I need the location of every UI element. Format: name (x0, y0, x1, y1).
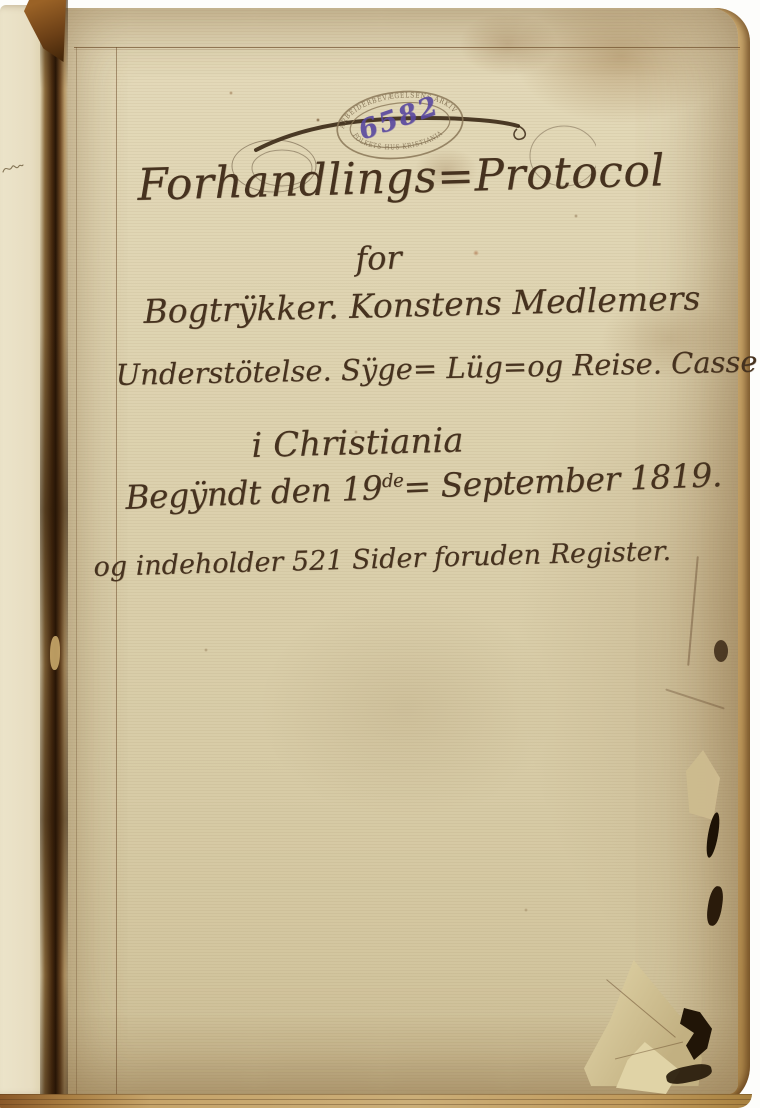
paper-crack (687, 556, 699, 666)
torn-leather-bit (50, 636, 60, 670)
title-page: Forhandlings=Protocol for Bogtrÿkker. Ko… (56, 8, 738, 1094)
line-begun: Begÿndt den 19de= September 1819. (125, 455, 723, 517)
line-for: for (355, 238, 403, 278)
spine-gutter-shading (40, 0, 68, 1108)
ruled-top-line (74, 47, 740, 48)
bottom-page-stack-edge (0, 1094, 752, 1108)
verso-ink-squiggle (2, 160, 24, 176)
book-photo: Forhandlings=Protocol for Bogtrÿkker. Ko… (0, 0, 760, 1108)
line-casse: Understötelse. Sÿge= Lüg=og Reise. Casse (115, 345, 758, 392)
paper-tear-flap (686, 750, 720, 820)
paper-tear-gap (714, 640, 728, 662)
archive-stamp: ARBEIDERBEVÆGELSENS ARKIV FOLKETS HUS KR… (326, 77, 474, 173)
line-members: Bogtrÿkker. Konstens Medlemers (143, 278, 701, 331)
line-begun-ordinal: de (382, 470, 404, 492)
line-begun-post: = September 1819. (403, 455, 723, 506)
paper-tear-gap (705, 885, 724, 927)
paper-tear-gap (704, 811, 722, 858)
line-begun-pre: Begÿndt den 19 (125, 468, 383, 517)
line-contents: og indeholder 521 Sider foruden Register… (93, 536, 671, 583)
line-city: i Christiania (251, 420, 464, 466)
ruled-left-outer-line (76, 47, 77, 1094)
paper-crack (665, 688, 725, 709)
